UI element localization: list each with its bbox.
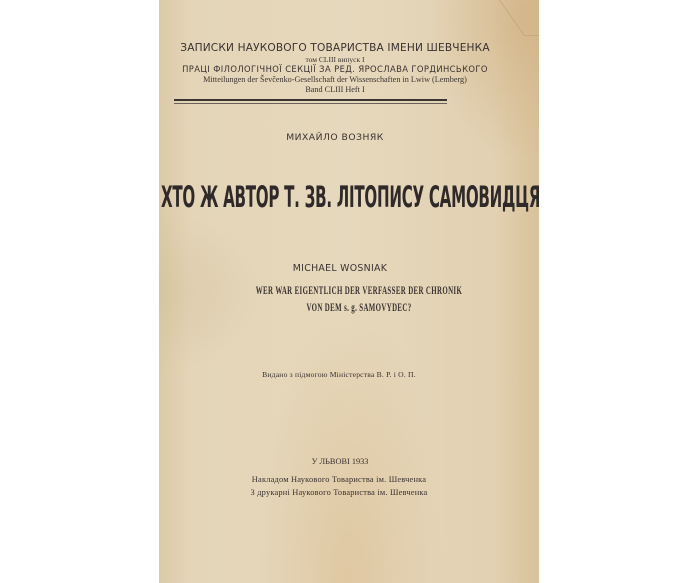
header-rule-thick [174,99,447,101]
corner-crease [499,0,539,36]
place-year: У ЛЬВОВІ 1933 [159,457,521,466]
title-german-line-1: WER WAR EIGENTLICH DER VERFASSER DER CHR… [173,285,539,297]
journal-title: ЗАПИСКИ НАУКОВОГО ТОВАРИСТВА ІМЕНИ ШЕВЧЕ… [165,42,505,54]
printer-line: З друкарні Наукового Товариства ім. Шевч… [159,488,519,497]
title-page: ЗАПИСКИ НАУКОВОГО ТОВАРИСТВА ІМЕНИ ШЕВЧЕ… [159,0,539,583]
publisher-line: Накладом Наукового Товариства ім. Шевчен… [159,475,519,484]
header-rule-thin [174,103,447,104]
german-volume-line: Band CLIII Heft I [165,85,505,94]
author-german: MICHAEL WOSNIAK [159,263,521,274]
subsidy-note: Видано з підмогою Міністерства В. Р. і О… [159,370,519,379]
title-ukrainian: ХТО Ж АВТОР Т. ЗВ. ЛІТОПИСУ САМОВИДЦЯ? [161,180,317,214]
german-journal-title: Mitteilungen der Ševčenko-Gesellschaft d… [165,75,505,84]
section-line: ПРАЦІ ФІЛОЛОГІЧНОЇ СЕКЦІЇ ЗА РЕД. ЯРОСЛА… [165,64,505,74]
title-german-line-2: VON DEM s. g. SAMOVYDEC? [173,302,539,314]
author-ukrainian: МИХАЙЛО ВОЗНЯК [159,132,511,143]
volume-line: том CLIII випуск I [165,55,505,64]
